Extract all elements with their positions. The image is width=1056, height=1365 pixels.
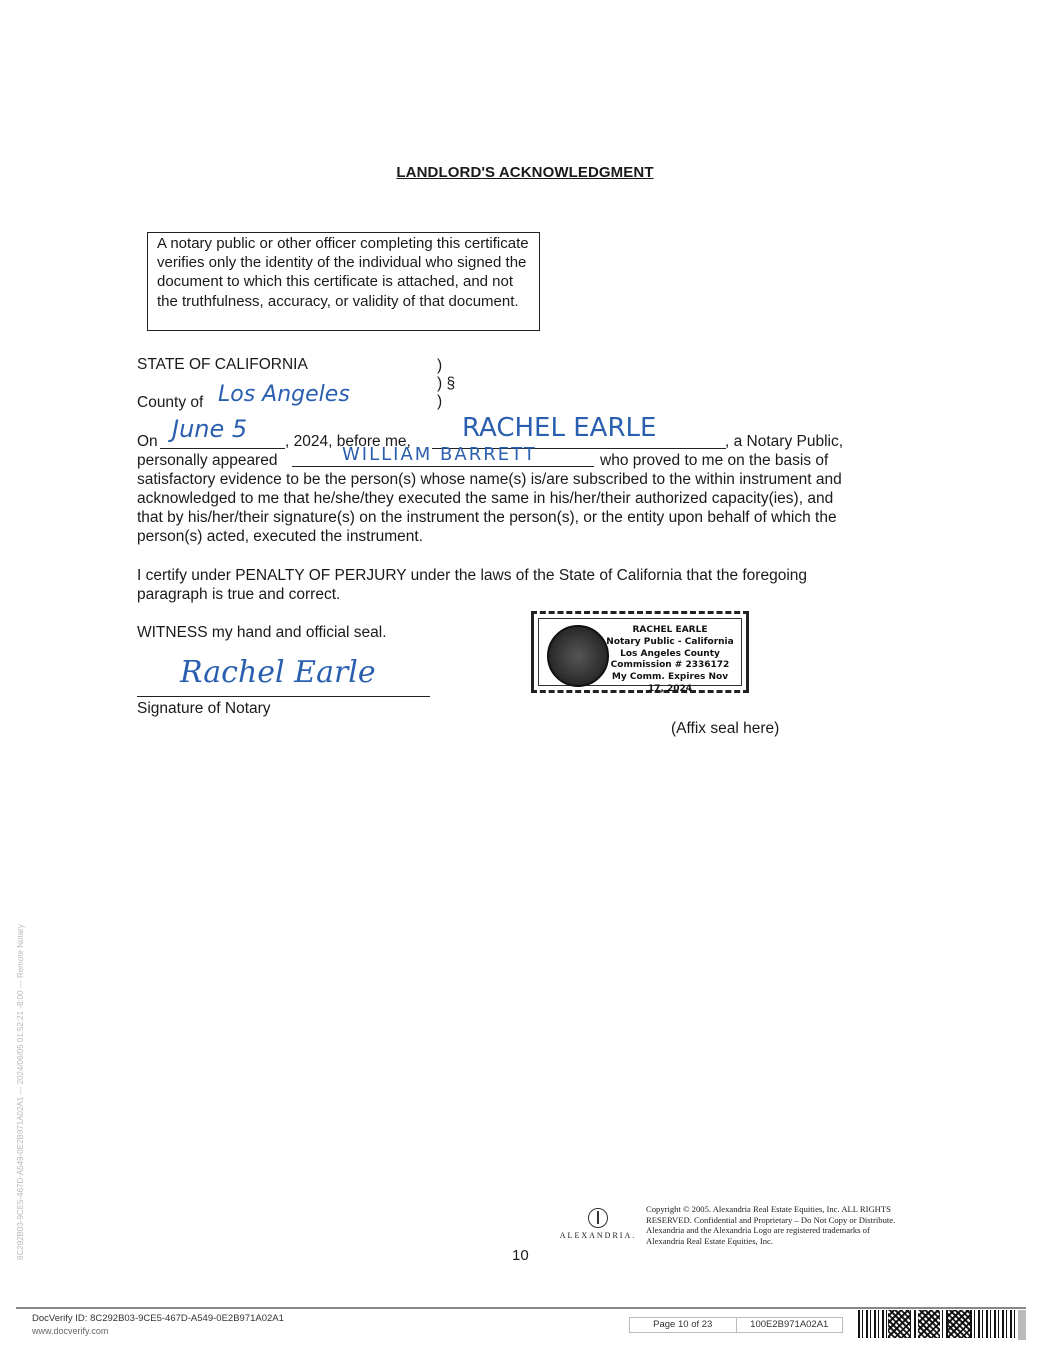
stamp-line-commission: Commission # 2336172 <box>603 660 737 672</box>
page-edge-marker <box>1018 1310 1026 1340</box>
notary-name-value: RACHEL EARLE <box>462 413 656 443</box>
acknowledgment-line-2: acknowledged to me that he/she/they exec… <box>137 489 897 508</box>
venue-bracket-1: ) <box>437 356 442 375</box>
stamp-line-name: RACHEL EARLE <box>603 625 737 637</box>
lighthouse-logo-icon <box>588 1208 608 1228</box>
page-number: 10 <box>512 1247 529 1264</box>
docverify-page-box: Page 10 of 23 100E2B971A02A1 <box>629 1317 843 1333</box>
docverify-code: 100E2B971A02A1 <box>737 1318 843 1332</box>
appeared-label: personally appeared <box>137 451 277 470</box>
notary-suffix: , a Notary Public, <box>725 432 843 451</box>
docverify-page-label: Page 10 of 23 <box>630 1318 737 1332</box>
notary-notice-box: A notary public or other officer complet… <box>147 232 540 331</box>
on-label: On <box>137 432 158 451</box>
stamp-line-county: Los Angeles County <box>603 649 737 661</box>
stamp-line-expires: My Comm. Expires Nov 17, 2024 <box>603 672 737 696</box>
appeared-suffix: who proved to me on the basis of <box>600 451 828 470</box>
side-verification-text: 8C292B03-9CE5-467D-A549-0E2B971A02A1 ---… <box>16 830 25 1260</box>
stamp-line-title: Notary Public - California <box>603 637 737 649</box>
county-value: Los Angeles <box>218 382 350 407</box>
affix-seal-label: (Affix seal here) <box>671 719 779 738</box>
logo-text: ALEXANDRIA. <box>556 1231 640 1240</box>
venue-bracket-3: ) <box>437 392 442 411</box>
notary-signature: Rachel Earle <box>180 655 376 690</box>
county-label: County of <box>137 393 203 412</box>
signature-label: Signature of Notary <box>137 699 271 718</box>
acknowledgment-line-4: person(s) acted, executed the instrument… <box>137 527 897 546</box>
copyright-notice: Copyright © 2005. Alexandria Real Estate… <box>646 1204 896 1246</box>
state-label: STATE OF CALIFORNIA <box>137 355 308 374</box>
docverify-divider <box>16 1307 1026 1309</box>
perjury-line-1: I certify under PENALTY OF PERJURY under… <box>137 566 897 585</box>
witness-text: WITNESS my hand and official seal. <box>137 623 387 642</box>
document-title: LANDLORD'S ACKNOWLEDGMENT <box>0 164 1050 181</box>
venue-bracket-2: ) § <box>437 374 455 393</box>
date-value: June 5 <box>172 415 247 443</box>
docverify-url[interactable]: www.docverify.com <box>32 1326 108 1336</box>
state-seal-icon <box>547 625 609 687</box>
acknowledgment-line-3: that by his/her/their signature(s) on th… <box>137 508 897 527</box>
signer-value: WILLIAM BARRETT <box>342 444 537 465</box>
acknowledgment-line-1: satisfactory evidence to be the person(s… <box>137 470 897 489</box>
notary-seal-stamp: RACHEL EARLE Notary Public - California … <box>531 611 749 693</box>
alexandria-logo: ALEXANDRIA. <box>556 1208 640 1240</box>
docverify-id: DocVerify ID: 8C292B03-9CE5-467D-A549-0E… <box>32 1313 284 1324</box>
barcode-icon <box>858 1310 1018 1338</box>
perjury-line-2: paragraph is true and correct. <box>137 585 897 604</box>
